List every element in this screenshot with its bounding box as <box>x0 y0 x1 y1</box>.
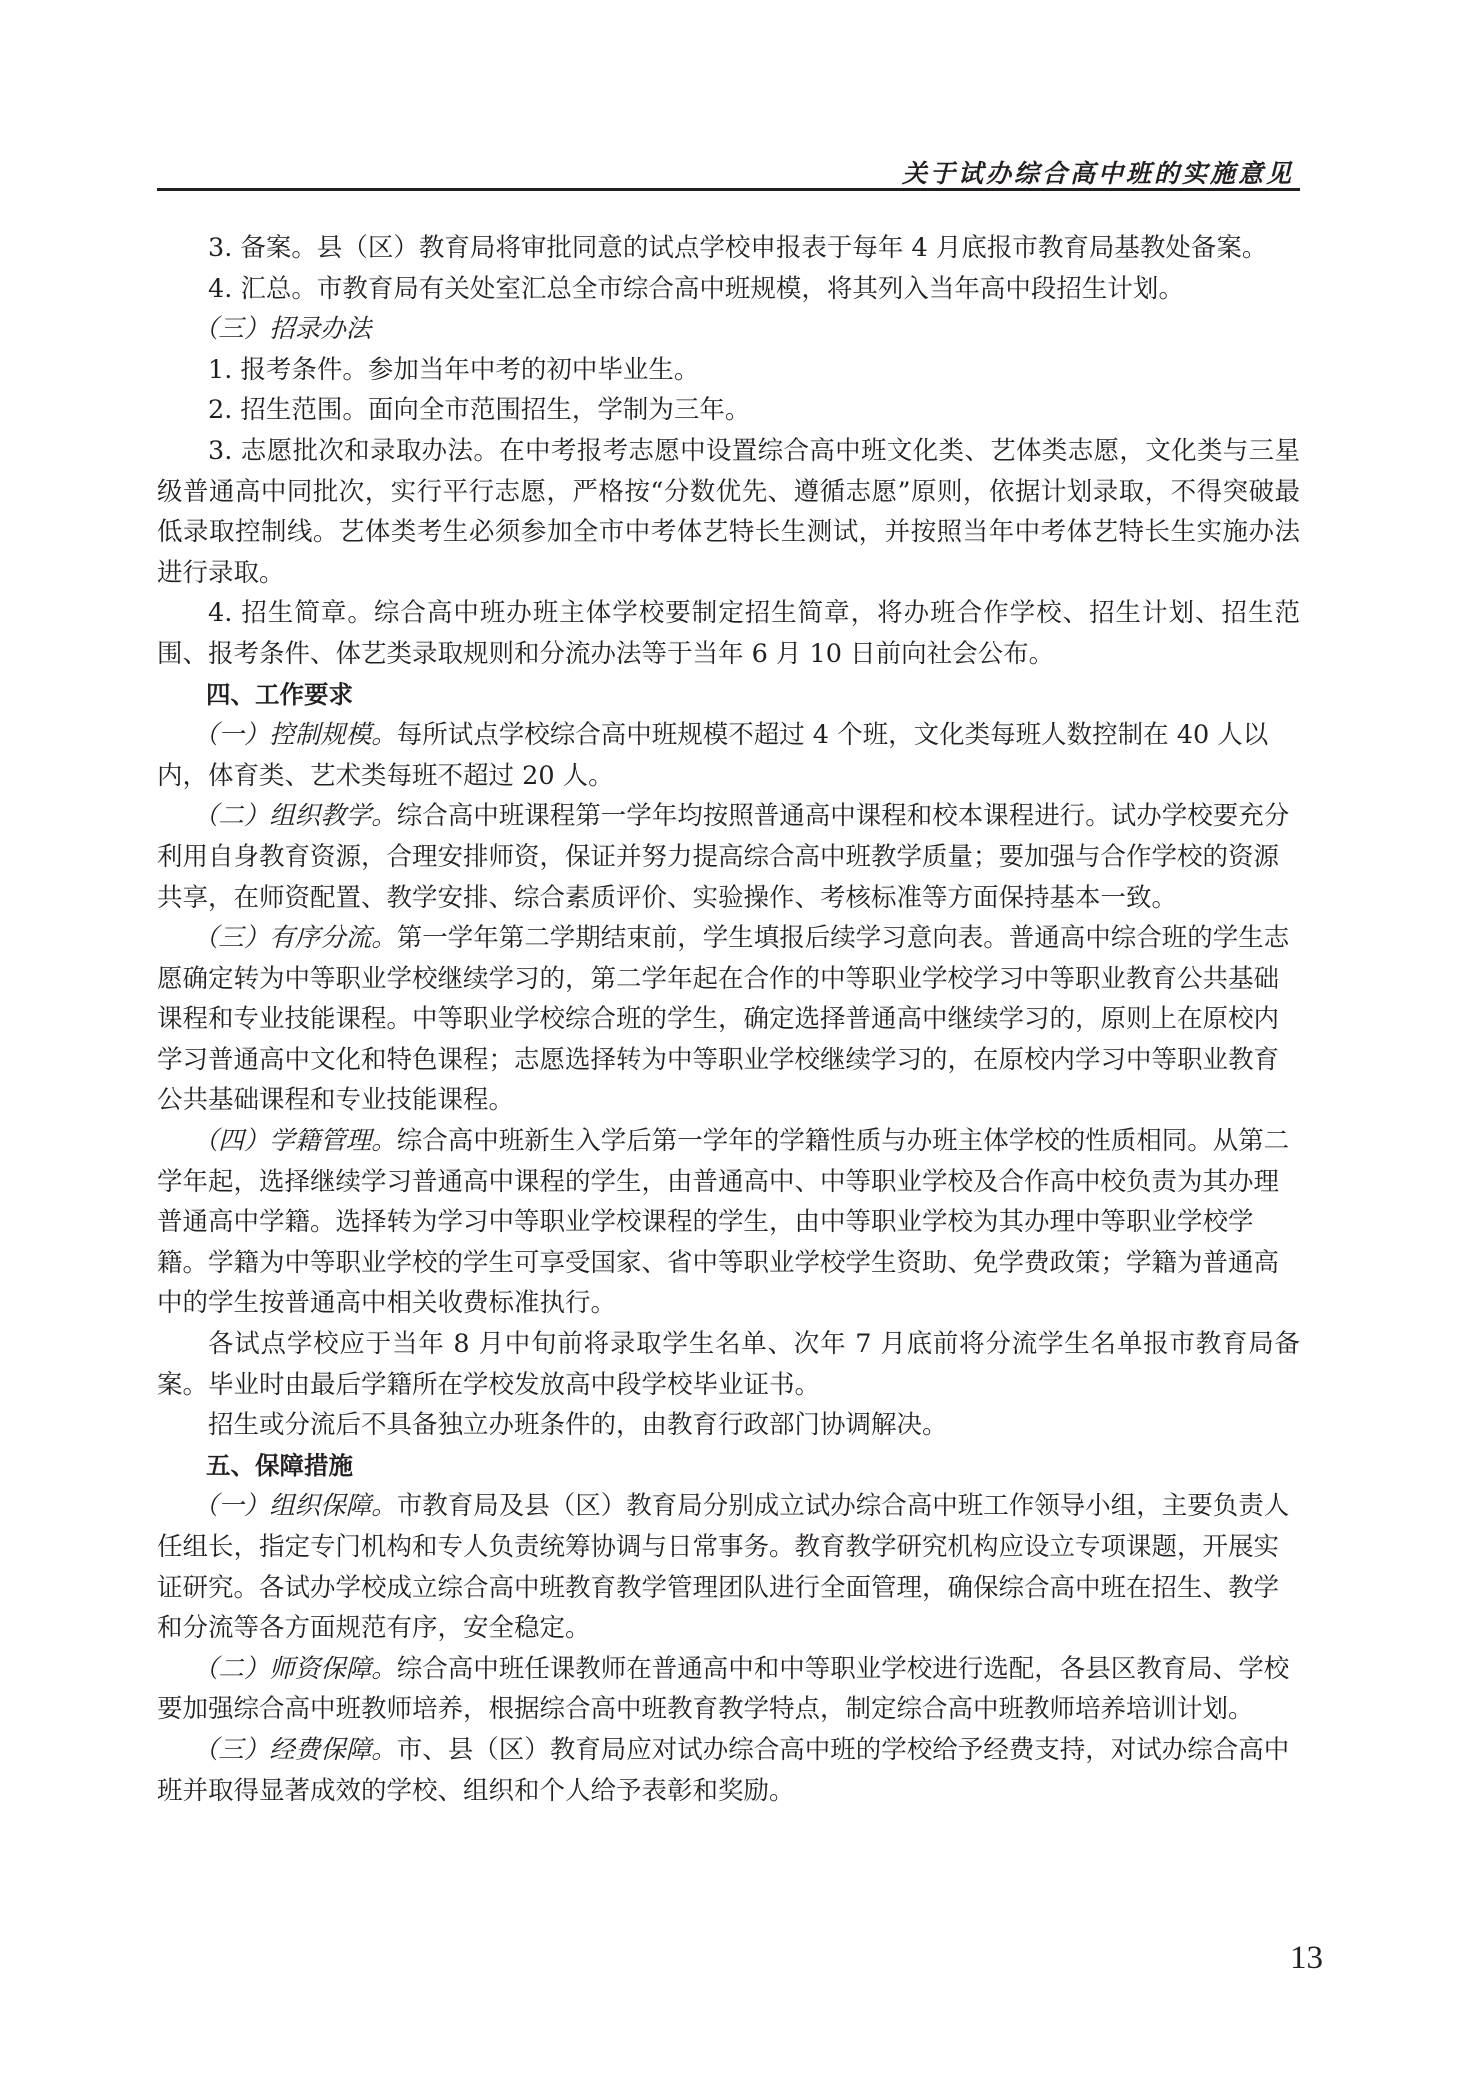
subheading-label: （二）师资保障。 <box>193 1654 397 1684</box>
subheading-label: （三）招录办法 <box>193 314 372 344</box>
subheading-label: （一）组织保障。 <box>193 1491 397 1521</box>
subheading-admission: （三）招录办法 <box>157 309 1300 350</box>
section-heading-work-requirements: 四、工作要求 <box>157 675 1300 716</box>
subheading-label: （三）有序分流。 <box>193 923 397 953</box>
running-title: 关于试办综合高中班的实施意见 <box>902 154 1294 190</box>
paragraph-scope: 2. 招生范围。面向全市范围招生，学制为三年。 <box>157 390 1300 431</box>
paragraph-eligibility: 1. 报考条件。参加当年中考的初中毕业生。 <box>157 350 1300 391</box>
paragraph-scale-control: （一）控制规模。每所试点学校综合高中班规模不超过 4 个班，文化类每班人数控制在… <box>157 715 1300 796</box>
paragraph-preferences: 3. 志愿批次和录取办法。在中考报考志愿中设置综合高中班文化类、艺体类志愿，文化… <box>157 431 1300 593</box>
paragraph-brochure: 4. 招生简章。综合高中班办班主体学校要制定招生简章，将办班合作学校、招生计划、… <box>157 593 1300 674</box>
paragraph-teachers: （二）师资保障。综合高中班任课教师在普通高中和中等职业学校进行选配，各县区教育局… <box>157 1649 1300 1730</box>
paragraph-organization: （一）组织保障。市教育局及县（区）教育局分别成立试办综合高中班工作领导小组，主要… <box>157 1486 1300 1648</box>
header-rule <box>157 188 1300 191</box>
section-heading-safeguards: 五、保障措施 <box>157 1446 1300 1487</box>
paragraph-streaming: （三）有序分流。第一学年第二学期结束前，学生填报后续学习意向表。普通高中综合班的… <box>157 918 1300 1121</box>
paragraph-reporting: 各试点学校应于当年 8 月中旬前将录取学生名单、次年 7 月底前将分流学生名单报… <box>157 1324 1300 1405</box>
running-header: 关于试办综合高中班的实施意见 <box>157 150 1300 192</box>
paragraph-coordination: 招生或分流后不具备独立办班条件的，由教育行政部门协调解决。 <box>157 1405 1300 1446</box>
subheading-label: （二）组织教学。 <box>193 801 397 831</box>
subheading-label: （一）控制规模。 <box>193 720 397 750</box>
paragraph-summary: 4. 汇总。市教育局有关处室汇总全市综合高中班规模，将其列入当年高中段招生计划。 <box>157 269 1300 310</box>
paragraph-enrollment-status: （四）学籍管理。综合高中班新生入学后第一学年的学籍性质与办班主体学校的性质相同。… <box>157 1121 1300 1324</box>
paragraph-funding: （三）经费保障。市、县（区）教育局应对试办综合高中班的学校给予经费支持，对试办综… <box>157 1730 1300 1811</box>
paragraph-filing: 3. 备案。县（区）教育局将审批同意的试点学校申报表于每年 4 月底报市教育局基… <box>157 228 1300 269</box>
subheading-label: （三）经费保障。 <box>193 1735 397 1765</box>
paragraph-teaching: （二）组织教学。综合高中班课程第一学年均按照普通高中课程和校本课程进行。试办学校… <box>157 796 1300 918</box>
document-body: 3. 备案。县（区）教育局将审批同意的试点学校申报表于每年 4 月底报市教育局基… <box>157 228 1300 1811</box>
subheading-label: （四）学籍管理。 <box>193 1126 397 1156</box>
page-number: 13 <box>1290 1940 1323 1977</box>
